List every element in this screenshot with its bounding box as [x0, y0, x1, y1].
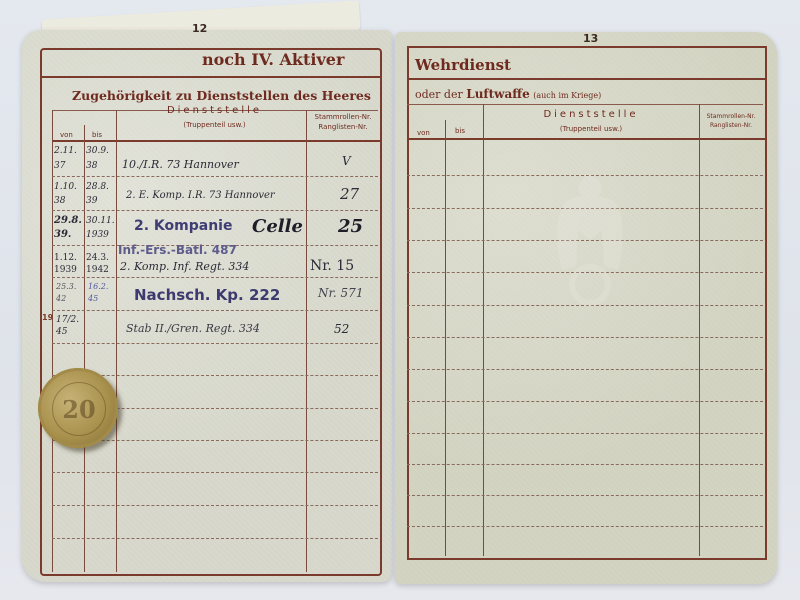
header-divider	[407, 138, 765, 140]
col-bis: bis	[92, 131, 102, 139]
entry-von: 29.8. 39.	[54, 214, 82, 242]
row-line	[407, 369, 763, 370]
margin-number: 19	[42, 313, 53, 322]
heading-suffix: (auch im Kriege)	[533, 91, 601, 100]
row-line	[52, 310, 378, 311]
stamp-kompanie: 2. Kompanie	[134, 218, 232, 234]
left-page: 12 noch IV. Aktiver Zugehörigkeit zu Die…	[22, 30, 392, 582]
col-dienststelle: Dienststelle	[122, 106, 307, 116]
entry-dienststelle: 10./I.R. 73 Hannover	[122, 158, 239, 171]
row-line	[52, 505, 378, 506]
entry-nr: V	[342, 154, 351, 168]
divider	[40, 76, 380, 78]
heading-heeres: Zugehörigkeit zu Dienststellen des Heere…	[72, 88, 371, 103]
row-line	[52, 472, 378, 473]
entry-von: 25.3. 42	[56, 281, 82, 305]
entry-nr: 27	[340, 185, 359, 203]
row-line	[52, 277, 378, 278]
heading-aktiver: noch IV. Aktiver	[202, 50, 344, 69]
entry-bis: 30.11. 1939	[86, 214, 114, 242]
row-line	[407, 464, 763, 465]
col-bis: bis	[455, 127, 465, 135]
eagle-watermark-icon	[548, 170, 633, 310]
entry-dienststelle: 2. Komp. Inf. Regt. 334	[120, 260, 249, 273]
row-line	[407, 433, 763, 434]
page-number: 13	[583, 32, 598, 45]
row-line	[407, 337, 763, 338]
page-number: 12	[192, 22, 207, 35]
coin-face: 20	[52, 382, 106, 436]
column-line	[699, 104, 700, 556]
entry-dienststelle: Stab II./Gren. Regt. 334	[126, 322, 260, 335]
entry-nr: Nr. 15	[310, 258, 354, 274]
divider	[407, 104, 763, 105]
col-dienststelle: Dienststelle	[483, 110, 699, 120]
entry-nr: 25	[338, 216, 363, 237]
divider	[407, 78, 765, 80]
row-line	[407, 495, 763, 496]
entry-nr: Nr. 571	[318, 286, 363, 300]
heading-wehrdienst: Wehrdienst	[415, 56, 511, 74]
row-line	[52, 343, 378, 344]
column-line	[116, 110, 117, 572]
header-divider	[52, 140, 380, 142]
entry-dienststelle: 2. E. Komp. I.R. 73 Hannover	[126, 190, 275, 201]
entry-bis: 24.3. 1942	[86, 252, 116, 276]
entry-nr: 52	[334, 322, 349, 336]
coin: 20	[38, 368, 118, 448]
row-line	[52, 210, 378, 211]
entry-von: 1.12. 1939	[54, 252, 84, 276]
entry-von: 17/2. 45	[56, 314, 82, 338]
col-ranglisten: Ranglisten-Nr.	[699, 121, 763, 131]
entry-bis: 28.8. 39	[86, 180, 114, 208]
entry-bis: 30.9. 38	[86, 144, 114, 174]
col-dienststelle-sub: (Truppenteil usw.)	[122, 120, 307, 130]
col-von: von	[60, 131, 73, 139]
stamp-ersatz-bataillon: Inf.-Ers.-Batl. 487	[118, 243, 237, 257]
row-line	[407, 401, 763, 402]
entry-hand-celle: Celle	[252, 216, 303, 237]
heading-prefix: oder der	[415, 88, 463, 101]
col-von: von	[417, 129, 430, 137]
heading-oder-der: oder der Luftwaffe (auch im Kriege)	[415, 87, 601, 101]
stamp-nachschub: Nachsch. Kp. 222	[134, 286, 280, 304]
column-line	[445, 120, 446, 556]
heading-luftwaffe: Luftwaffe	[466, 87, 529, 101]
column-line	[306, 110, 307, 572]
col-stammrollen: Stammrollen-Nr.	[306, 112, 380, 122]
row-line	[52, 176, 378, 177]
row-line	[407, 526, 763, 527]
column-line	[52, 110, 53, 572]
entry-von: 1.10. 38	[54, 180, 82, 208]
column-line	[483, 104, 484, 556]
row-line	[52, 538, 378, 539]
entry-bis: 16.2. 45	[88, 281, 114, 305]
col-ranglisten: Ranglisten-Nr.	[306, 122, 380, 132]
col-dienststelle-sub: (Truppenteil usw.)	[483, 124, 699, 134]
entry-von: 2.11. 37	[54, 144, 82, 174]
